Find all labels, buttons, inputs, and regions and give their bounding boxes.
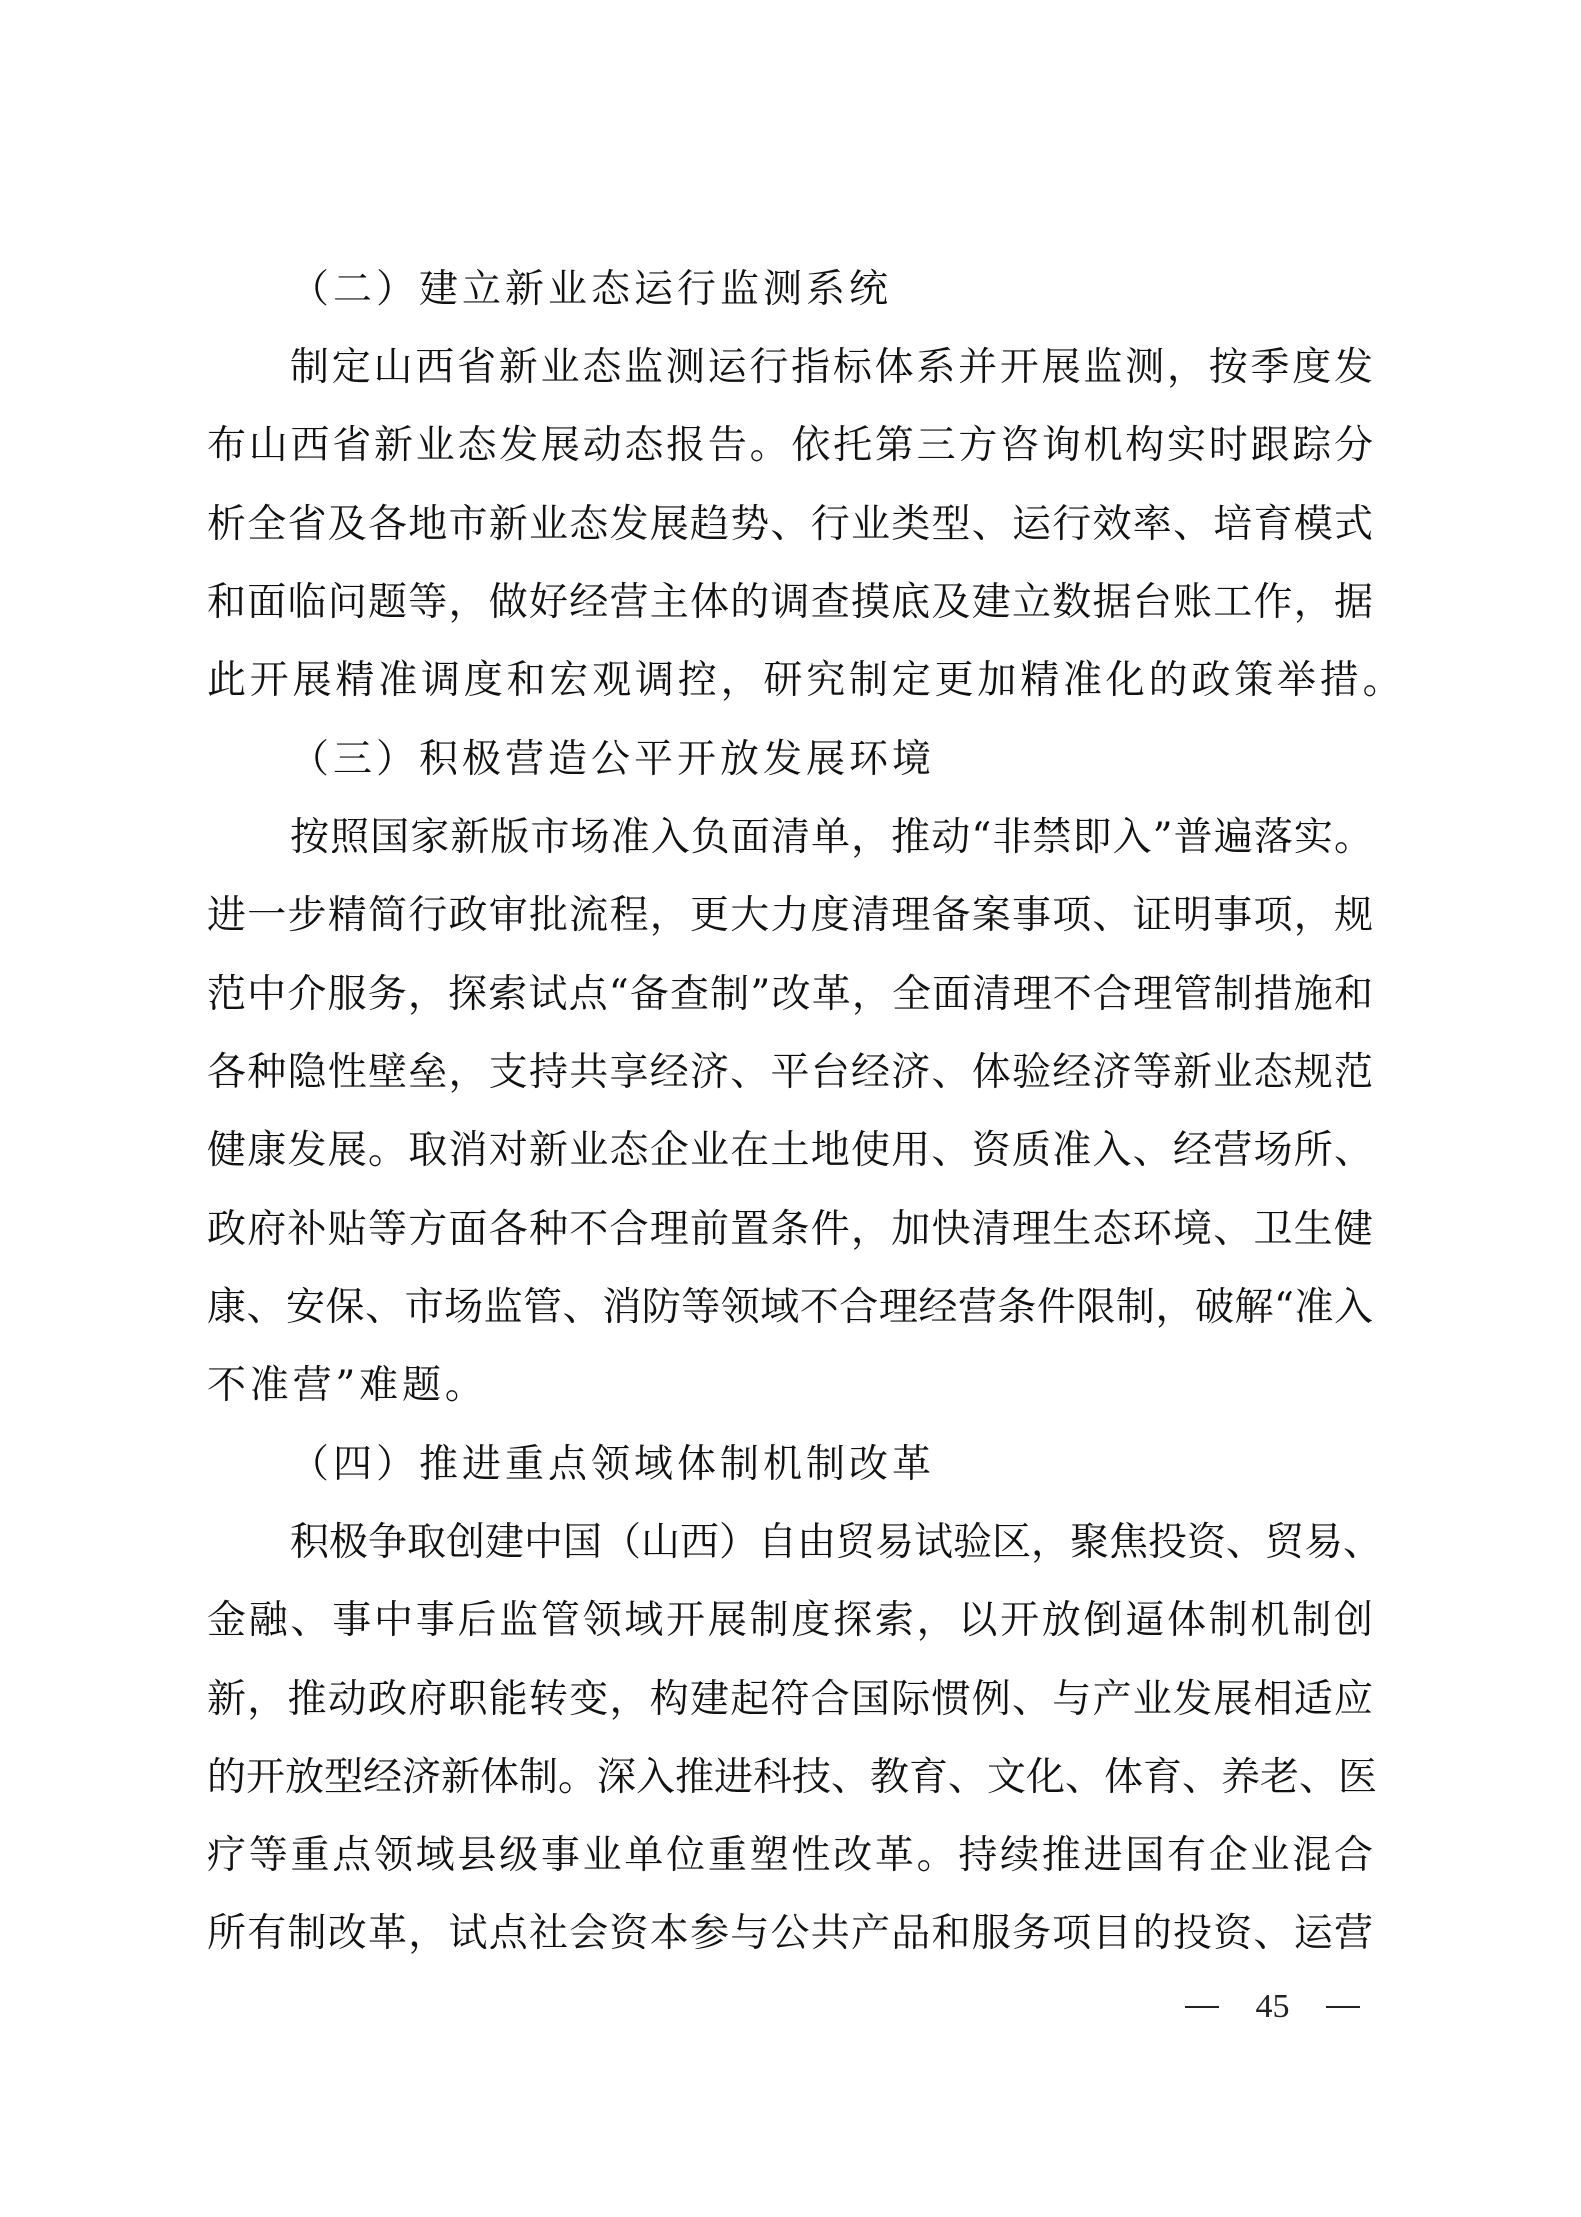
- paragraph-line: 制定山西省新业态监测运行指标体系并开展监测，按季度发: [290, 338, 1373, 398]
- paragraph-line: 析全省及各地市新业态发展趋势、行业类型、运行效率、培育模式: [207, 495, 1373, 555]
- page-number-value: 45: [1256, 1985, 1290, 2029]
- paragraph-line: 范中介服务，探索试点“备查制”改革，全面清理不合理管制措施和: [207, 965, 1373, 1025]
- paragraph-line: 的开放型经济新体制。深入推进科技、教育、文化、体育、养老、医: [207, 1748, 1373, 1808]
- paragraph-line: 各种隐性壁垒，支持共享经济、平台经济、体验经济等新业态规范: [207, 1043, 1373, 1103]
- section-heading: （三）积极营造公平开放发展环境: [290, 730, 1373, 790]
- page-number: 45: [1185, 1985, 1360, 2029]
- paragraph-line: 不准营”难题。: [207, 1356, 1373, 1416]
- paragraph-line: 康、安保、市场监管、消防等领域不合理经营条件限制，破解“准入: [207, 1278, 1373, 1338]
- paragraph-line: 积极争取创建中国（山西）自由贸易试验区，聚焦投资、贸易、: [290, 1513, 1373, 1573]
- paragraph-line: 政府补贴等方面各种不合理前置条件，加快清理生态环境、卫生健: [207, 1200, 1373, 1260]
- document-page: （二）建立新业态运行监测系统 制定山西省新业态监测运行指标体系并开展监测，按季度…: [0, 0, 1581, 2217]
- dash-right: [1326, 2006, 1360, 2008]
- paragraph-line: 新，推动政府职能转变，构建起符合国际惯例、与产业发展相适应: [207, 1670, 1373, 1730]
- paragraph-line: 健康发展。取消对新业态企业在土地使用、资质准入、经营场所、: [207, 1121, 1373, 1181]
- paragraph-line: 布山西省新业态发展动态报告。依托第三方咨询机构实时跟踪分: [207, 416, 1373, 476]
- paragraph-line: 按照国家新版市场准入负面清单，推动“非禁即入”普遍落实。: [290, 808, 1373, 868]
- section-heading: （二）建立新业态运行监测系统: [290, 260, 1373, 320]
- paragraph-line: 所有制改革，试点社会资本参与公共产品和服务项目的投资、运营: [207, 1904, 1373, 1964]
- paragraph-line: 疗等重点领域县级事业单位重塑性改革。持续推进国有企业混合: [207, 1826, 1373, 1886]
- paragraph-line: 金融、事中事后监管领域开展制度探索，以开放倒逼体制机制创: [207, 1591, 1373, 1651]
- section-heading: （四）推进重点领域体制机制改革: [290, 1435, 1373, 1495]
- paragraph-line: 和面临问题等，做好经营主体的调查摸底及建立数据台账工作，据: [207, 573, 1373, 633]
- dash-left: [1185, 2006, 1219, 2008]
- paragraph-line: 进一步精简行政审批流程，更大力度清理备案事项、证明事项，规: [207, 886, 1373, 946]
- paragraph-line: 此开展精准调度和宏观调控，研究制定更加精准化的政策举措。: [207, 651, 1373, 711]
